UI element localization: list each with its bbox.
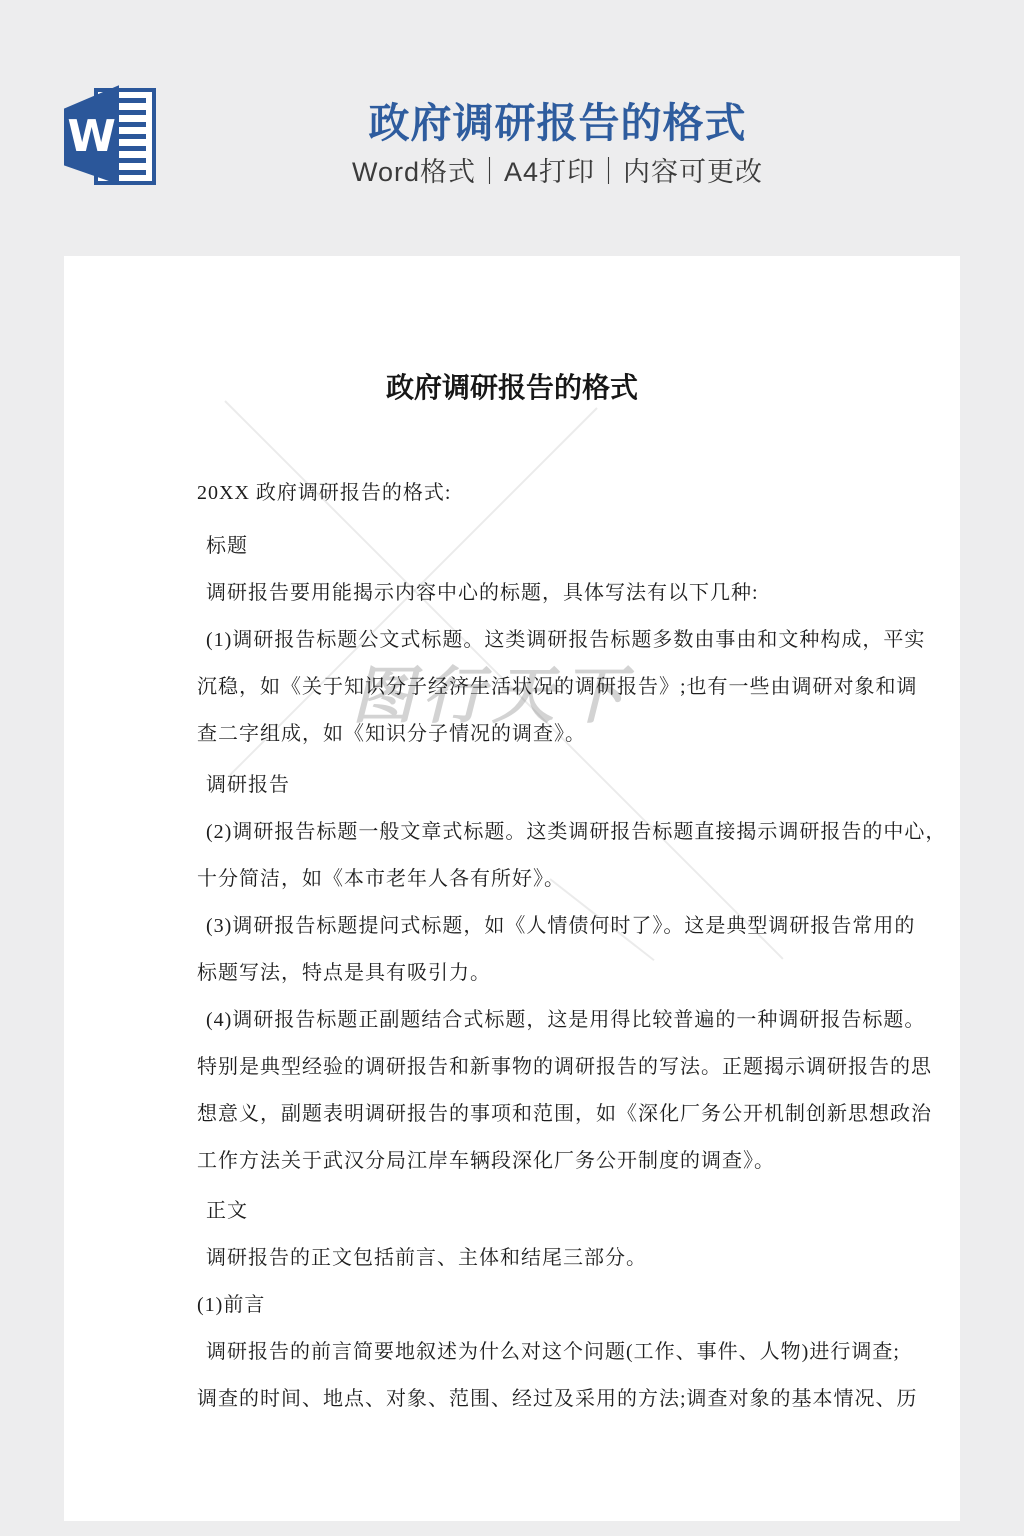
doc-line: 调研报告的正文包括前言、主体和结尾三部分。 [197,1235,857,1282]
word-icon-cover: W [64,83,119,190]
doc-line: 想意义，副题表明调研报告的事项和范围，如《深化厂务公开机制创新思想政治 [197,1091,857,1138]
doc-line: (2)调研报告标题一般文章式标题。这类调研报告标题直接揭示调研报告的中心， [197,809,857,856]
doc-line: 调研报告的前言简要地叙述为什么对这个问题(工作、事件、人物)进行调查; [197,1329,857,1376]
document-title: 政府调研报告的格式 [64,366,960,406]
doc-line: 20XX 政府调研报告的格式: [197,470,857,517]
doc-line: 十分简洁，如《本市老年人各有所好》。 [197,856,857,903]
doc-line: 标题 [197,523,857,570]
document-page: 图行天下 政府调研报告的格式 20XX 政府调研报告的格式:标题调研报告要用能揭… [64,256,960,1521]
doc-line: 查二字组成，如《知识分子情况的调查》。 [197,711,857,758]
doc-line: 调研报告要用能揭示内容中心的标题，具体写法有以下几种: [197,570,857,617]
doc-line: 特别是典型经验的调研报告和新事物的调研报告的写法。正题揭示调研报告的思 [197,1044,857,1091]
document-body: 20XX 政府调研报告的格式:标题调研报告要用能揭示内容中心的标题，具体写法有以… [197,470,857,1423]
doc-line: 调查的时间、地点、对象、范围、经过及采用的方法;调查对象的基本情况、历 [197,1376,857,1423]
doc-line: 标题写法，特点是具有吸引力。 [197,950,857,997]
header-subtitle: Word格式｜A4打印｜内容可更改 [155,150,960,189]
doc-line: 调研报告 [197,762,857,809]
doc-line: (1)前言 [197,1282,857,1329]
doc-line: 正文 [197,1188,857,1235]
doc-line: 工作方法关于武汉分局江岸车辆段深化厂务公开制度的调查》。 [197,1138,857,1185]
word-icon-letter: W [67,111,116,162]
doc-line: 沉稳，如《关于知识分子经济生活状况的调研报告》;也有一些由调研对象和调 [197,664,857,711]
header-text: 政府调研报告的格式 Word格式｜A4打印｜内容可更改 [155,0,960,256]
word-icon: W [64,83,156,190]
header-title: 政府调研报告的格式 [155,90,960,149]
doc-line: (1)调研报告标题公文式标题。这类调研报告标题多数由事由和文种构成，平实 [197,617,857,664]
doc-line: (4)调研报告标题正副题结合式标题，这是用得比较普遍的一种调研报告标题。 [197,997,857,1044]
doc-line: (3)调研报告标题提问式标题，如《人情债何时了》。这是典型调研报告常用的 [197,903,857,950]
header: W 政府调研报告的格式 Word格式｜A4打印｜内容可更改 [0,0,1024,256]
screenshot-canvas: W 政府调研报告的格式 Word格式｜A4打印｜内容可更改 图行天下 政府调研报… [0,0,1024,1536]
